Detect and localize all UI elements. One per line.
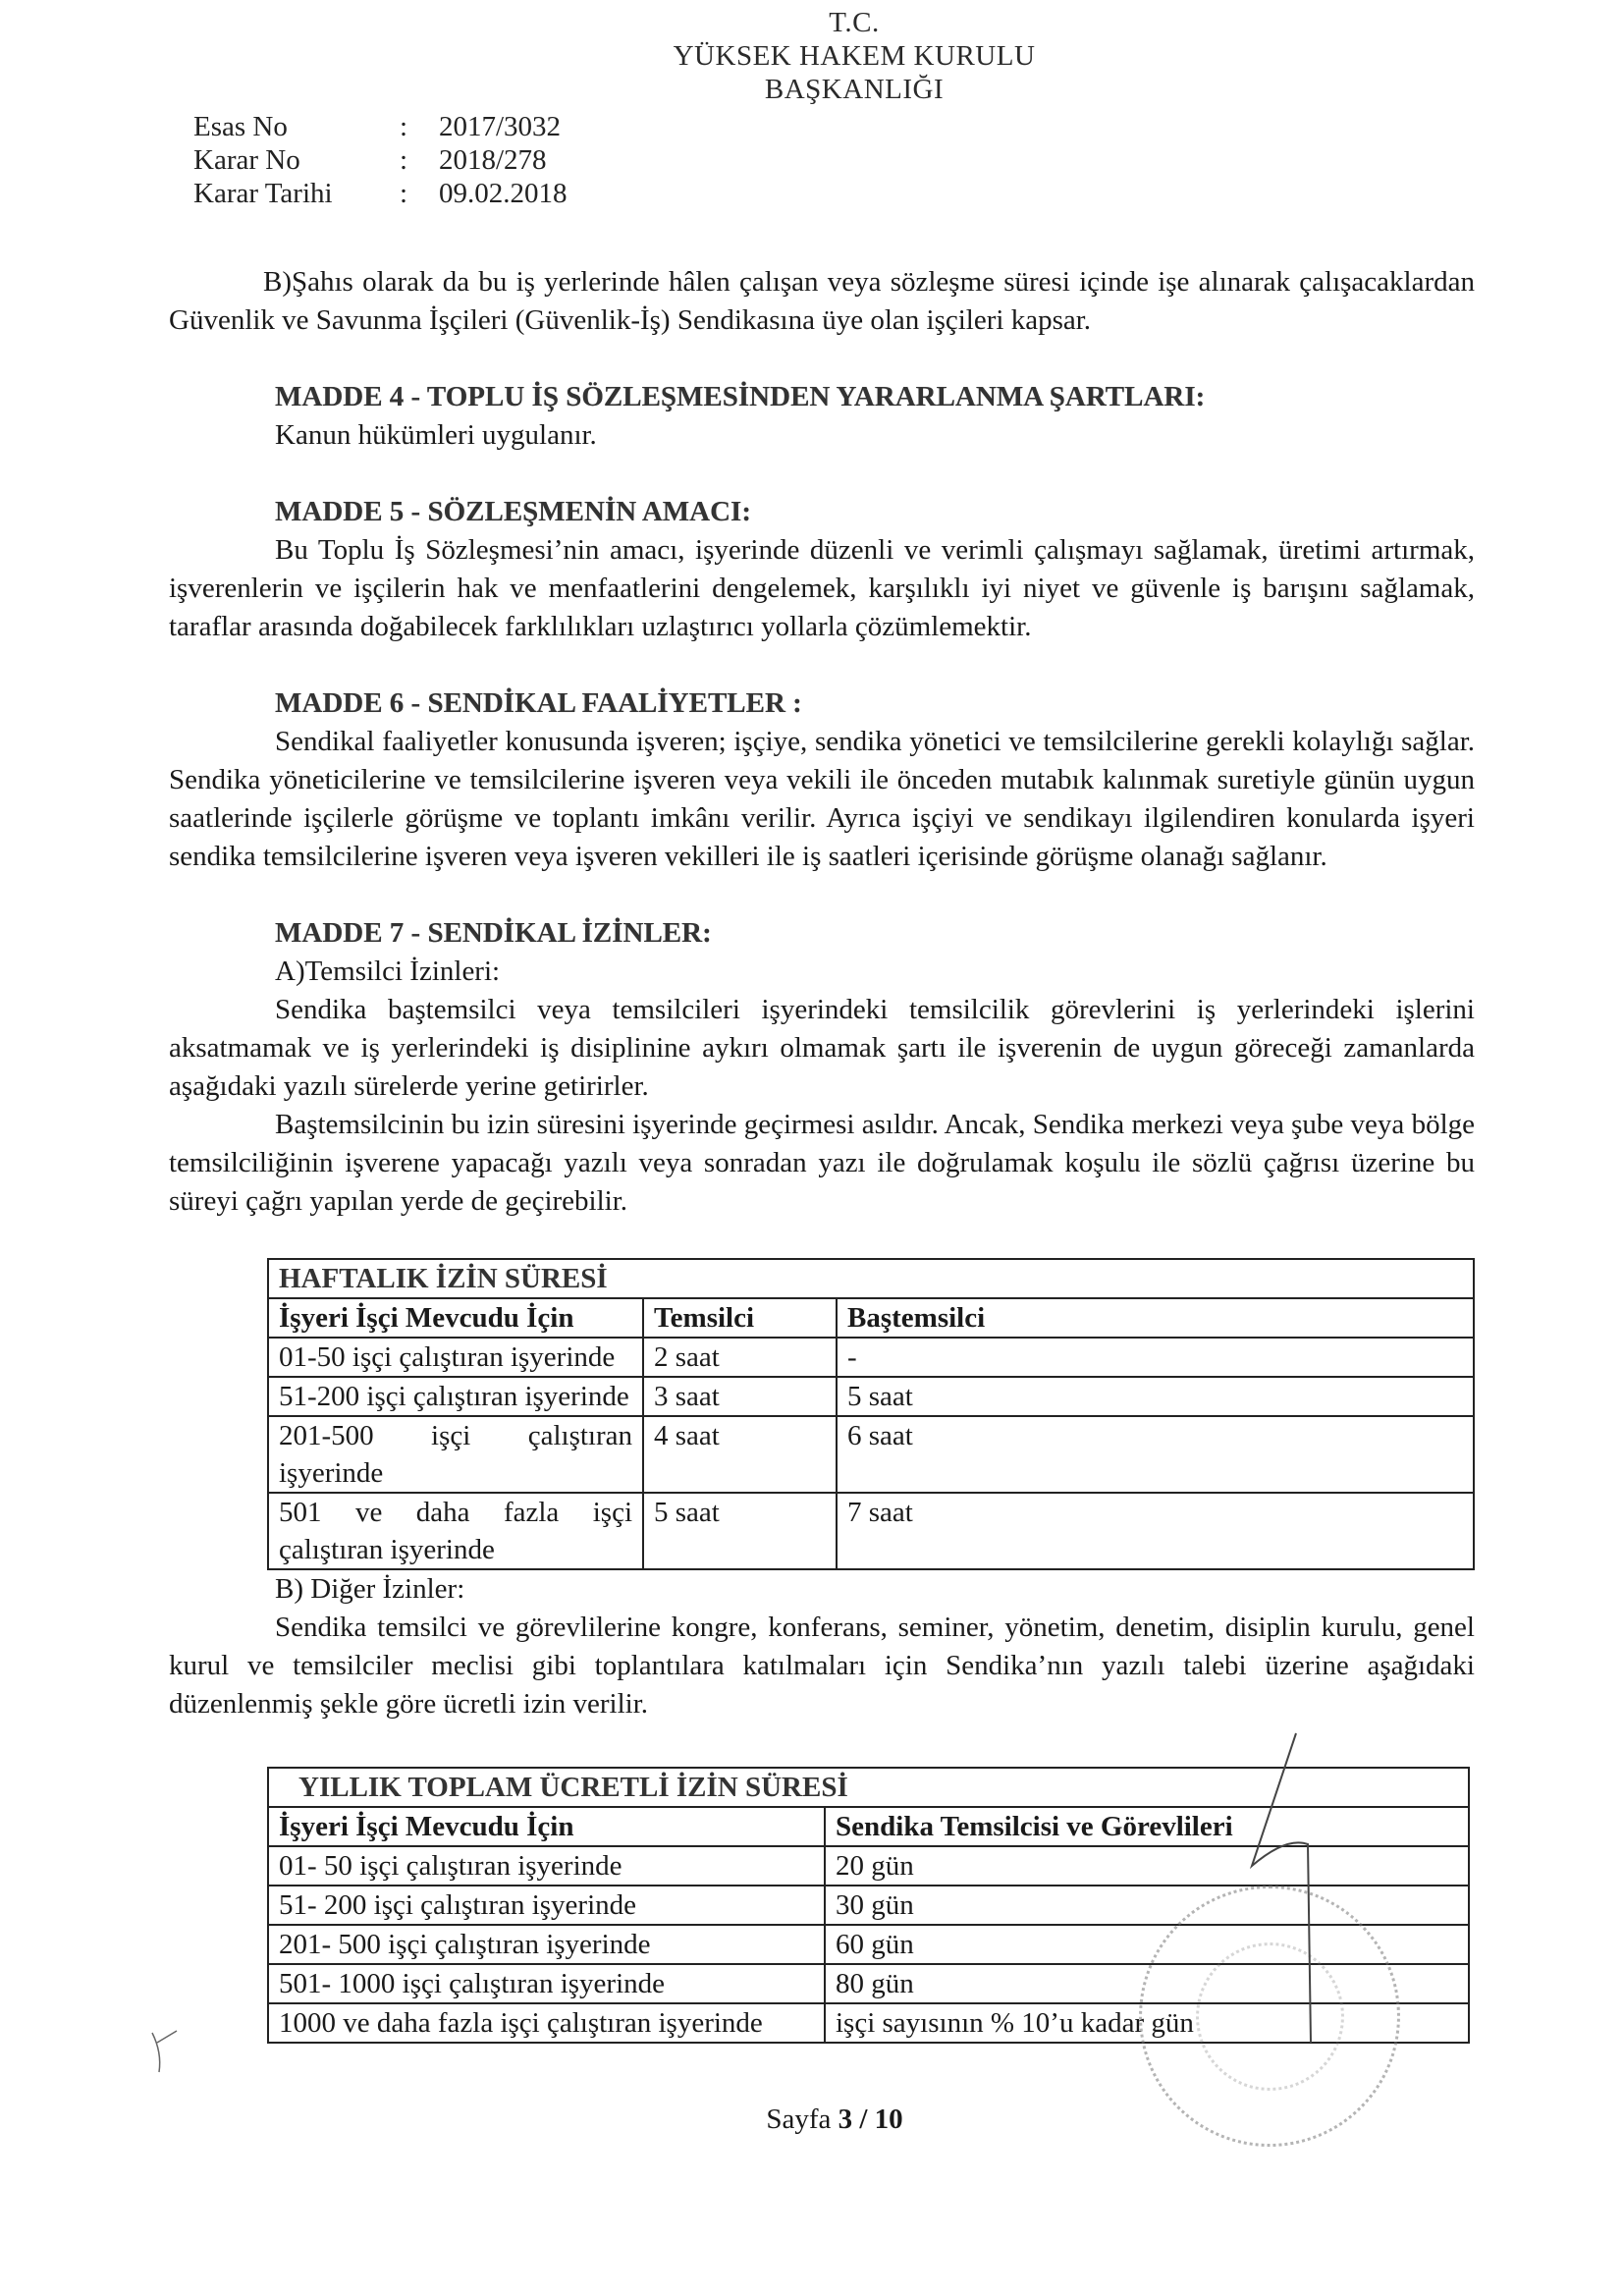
madde7-para2: Baştemsilcinin bu izin süresini işyerind… xyxy=(169,1106,1475,1221)
table-cell: 7 saat xyxy=(837,1493,1474,1569)
table-title-row: HAFTALIK İZİN SÜRESİ xyxy=(268,1259,1474,1298)
table-cell: 4 saat xyxy=(643,1416,837,1493)
meta-label: Karar No xyxy=(193,143,400,177)
meta-colon: : xyxy=(400,143,439,177)
weekly-leave-table: HAFTALIK İZİN SÜRESİ İşyeri İşçi Mevcudu… xyxy=(267,1258,1475,1570)
madde5-title: MADDE 5 - SÖZLEŞMENİN AMACI: xyxy=(169,493,1475,531)
madde5-text: Bu Toplu İş Sözleşmesi’nin amacı, işyeri… xyxy=(169,531,1475,646)
table-cell: 20 gün xyxy=(825,1846,1469,1886)
madde7-title: MADDE 7 - SENDİKAL İZİNLER: xyxy=(169,914,1475,953)
table-header-row: İşyeri İşçi Mevcudu İçin Temsilci Baştem… xyxy=(268,1298,1474,1338)
madde7-sub-b: B) Diğer İzinler: xyxy=(169,1570,1475,1609)
header-line-baskanlik: BAŞKANLIĞI xyxy=(609,73,1100,106)
table-cell: 201- 500 işçi çalıştıran işyerinde xyxy=(268,1925,825,1964)
column-header: Baştemsilci xyxy=(837,1298,1474,1338)
meta-karar-tarihi: Karar Tarihi : 09.02.2018 xyxy=(193,177,568,210)
meta-value: 09.02.2018 xyxy=(439,177,568,210)
column-header: İşyeri İşçi Mevcudu İçin xyxy=(268,1807,825,1846)
madde6-text: Sendikal faaliyetler konusunda işveren; … xyxy=(169,723,1475,876)
meta-label: Esas No xyxy=(193,110,400,143)
madde4-text: Kanun hükümleri uygulanır. xyxy=(169,416,1475,455)
header-line-tc: T.C. xyxy=(609,6,1100,39)
page-separator: / xyxy=(859,2104,867,2135)
table-cell: 51-200 işçi çalıştıran işyerinde xyxy=(268,1377,643,1416)
institution-header: T.C. YÜKSEK HAKEM KURULU BAŞKANLIĞI xyxy=(609,6,1100,106)
madde7-para1: Sendika baştemsilci veya temsilcileri iş… xyxy=(169,991,1475,1106)
column-header: Sendika Temsilcisi ve Görevlileri xyxy=(825,1807,1469,1846)
page-prefix: Sayfa xyxy=(766,2104,831,2135)
table-cell: 30 gün xyxy=(825,1886,1469,1925)
intro-paragraph: B)Şahıs olarak da bu iş yerlerinde hâlen… xyxy=(169,263,1475,340)
table-cell: 6 saat xyxy=(837,1416,1474,1493)
meta-colon: : xyxy=(400,110,439,143)
column-header: İşyeri İşçi Mevcudu İçin xyxy=(268,1298,643,1338)
madde4-title: MADDE 4 - TOPLU İŞ SÖZLEŞMESİNDEN YARARL… xyxy=(169,378,1475,416)
table-cell: 51- 200 işçi çalıştıran işyerinde xyxy=(268,1886,825,1925)
table-cell: 2 saat xyxy=(643,1338,837,1377)
case-meta: Esas No : 2017/3032 Karar No : 2018/278 … xyxy=(193,110,568,210)
meta-value: 2018/278 xyxy=(439,143,547,177)
table-cell: 1000 ve daha fazla işçi çalıştıran işyer… xyxy=(268,2003,825,2043)
table-row: 201-500 işçi çalıştıran işyerinde 4 saat… xyxy=(268,1416,1474,1493)
table-cell: 201-500 işçi çalıştıran işyerinde xyxy=(268,1416,643,1493)
table-cell: 5 saat xyxy=(837,1377,1474,1416)
meta-esas-no: Esas No : 2017/3032 xyxy=(193,110,568,143)
table-cell: 501 ve daha fazla işçi çalıştıran işyeri… xyxy=(268,1493,643,1569)
initial-mark xyxy=(147,2023,187,2082)
header-line-kurul: YÜKSEK HAKEM KURULU xyxy=(609,39,1100,73)
page-total: 10 xyxy=(875,2104,903,2135)
meta-colon: : xyxy=(400,177,439,210)
table-title: HAFTALIK İZİN SÜRESİ xyxy=(268,1259,1474,1298)
table-cell: 01- 50 işçi çalıştıran işyerinde xyxy=(268,1846,825,1886)
page-current: 3 xyxy=(839,2104,853,2135)
meta-karar-no: Karar No : 2018/278 xyxy=(193,143,568,177)
meta-value: 2017/3032 xyxy=(439,110,561,143)
table-cell: 501- 1000 işçi çalıştıran işyerinde xyxy=(268,1964,825,2003)
table-cell: 5 saat xyxy=(643,1493,837,1569)
table-cell: 3 saat xyxy=(643,1377,837,1416)
meta-label: Karar Tarihi xyxy=(193,177,400,210)
signature-mark xyxy=(1227,1728,1345,2052)
column-header: Temsilci xyxy=(643,1298,837,1338)
madde7-sub-a: A)Temsilci İzinleri: xyxy=(169,953,1475,991)
table-cell: - xyxy=(837,1338,1474,1377)
table-cell: 01-50 işçi çalıştıran işyerinde xyxy=(268,1338,643,1377)
table-row: 01-50 işçi çalıştıran işyerinde 2 saat - xyxy=(268,1338,1474,1377)
madde6-title: MADDE 6 - SENDİKAL FAALİYETLER : xyxy=(169,684,1475,723)
page-number: Sayfa 3 / 10 xyxy=(687,2104,982,2136)
table-row: 501 ve daha fazla işçi çalıştıran işyeri… xyxy=(268,1493,1474,1569)
table-row: 51-200 işçi çalıştıran işyerinde 3 saat … xyxy=(268,1377,1474,1416)
madde7-para3: Sendika temsilci ve görevlilerine kongre… xyxy=(169,1609,1475,1723)
